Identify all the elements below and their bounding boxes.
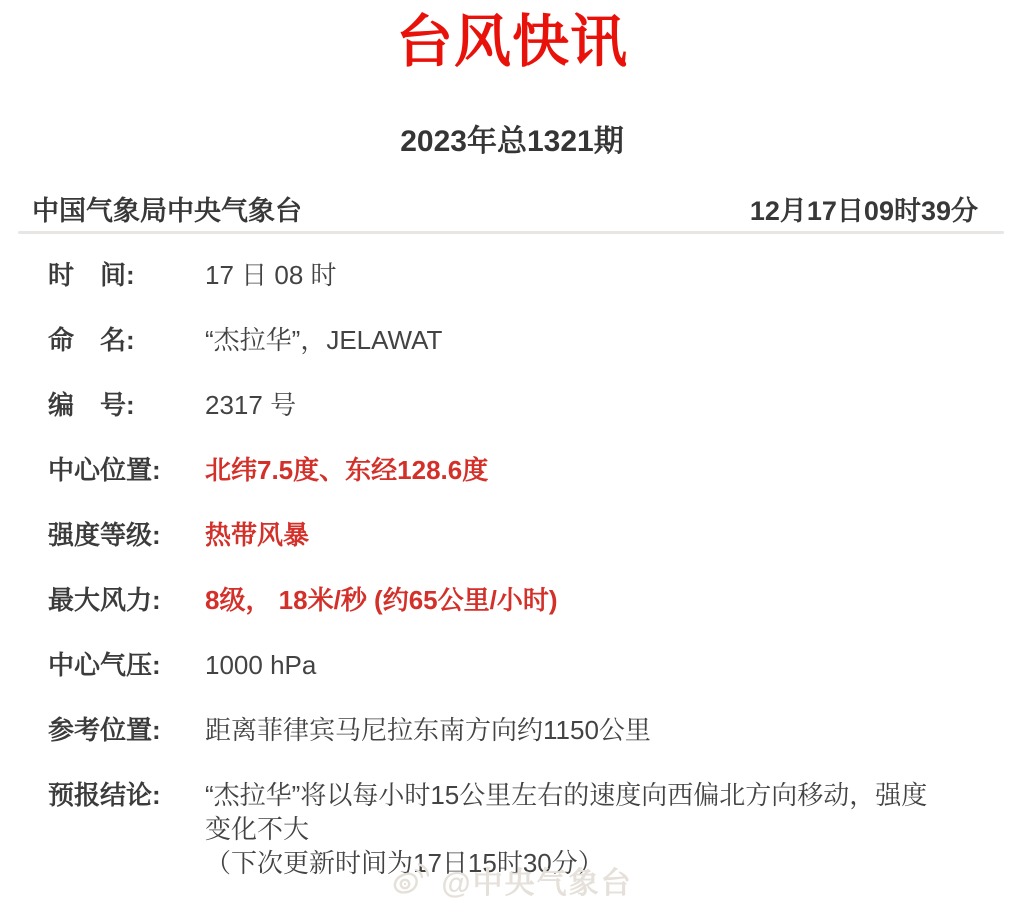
field-value: 1000 hPa: [205, 648, 316, 682]
field-value: “杰拉华”，JELAWAT: [205, 323, 442, 357]
field-row-max-wind: 最大风力: 8级， 18米/秒 (约65公里/小时): [48, 583, 994, 617]
watermark-handle: @中央气象台: [441, 858, 632, 902]
field-value: 2317 号: [205, 388, 296, 422]
field-value: 北纬7.5度、东经128.6度: [205, 453, 488, 487]
field-row-center-pressure: 中心气压: 1000 hPa: [48, 648, 994, 682]
weibo-icon: [391, 862, 431, 898]
publish-time: 12月17日09时39分: [750, 189, 978, 228]
field-label: 时 间:: [48, 258, 205, 292]
field-value: 8级， 18米/秒 (约65公里/小时): [205, 583, 558, 617]
field-value: 距离菲律宾马尼拉东南方向约1150公里: [205, 713, 651, 747]
field-label: 命 名:: [48, 323, 205, 357]
field-row-center-position: 中心位置: 北纬7.5度、东经128.6度: [48, 453, 994, 487]
field-label: 参考位置:: [48, 713, 205, 747]
field-row-number: 编 号: 2317 号: [48, 388, 994, 422]
divider: [18, 231, 1004, 234]
watermark: @中央气象台: [0, 858, 1024, 902]
page-title: 台风快讯: [0, 6, 1024, 78]
field-label: 强度等级:: [48, 518, 205, 552]
field-list: 时 间: 17 日 08 时 命 名: “杰拉华”，JELAWAT 编 号: 2…: [48, 258, 994, 910]
field-value: 热带风暴: [205, 518, 309, 552]
typhoon-bulletin: 台风快讯 2023年总1321期 中国气象局中央气象台 12月17日09时39分…: [0, 0, 1024, 910]
field-value: 17 日 08 时: [205, 258, 337, 292]
agency-name: 中国气象局中央气象台: [32, 189, 302, 228]
field-row-time: 时 间: 17 日 08 时: [48, 258, 994, 292]
field-label: 中心位置:: [48, 453, 205, 487]
field-row-intensity: 强度等级: 热带风暴: [48, 518, 994, 552]
field-label: 编 号:: [48, 388, 205, 422]
field-row-reference-position: 参考位置: 距离菲律宾马尼拉东南方向约1150公里: [48, 713, 994, 747]
masthead: 中国气象局中央气象台 12月17日09时39分: [32, 189, 978, 228]
field-label: 最大风力:: [48, 583, 205, 617]
field-label: 中心气压:: [48, 648, 205, 682]
field-row-name: 命 名: “杰拉华”，JELAWAT: [48, 323, 994, 357]
issue-number: 2023年总1321期: [0, 116, 1024, 160]
field-label: 预报结论:: [48, 778, 205, 812]
